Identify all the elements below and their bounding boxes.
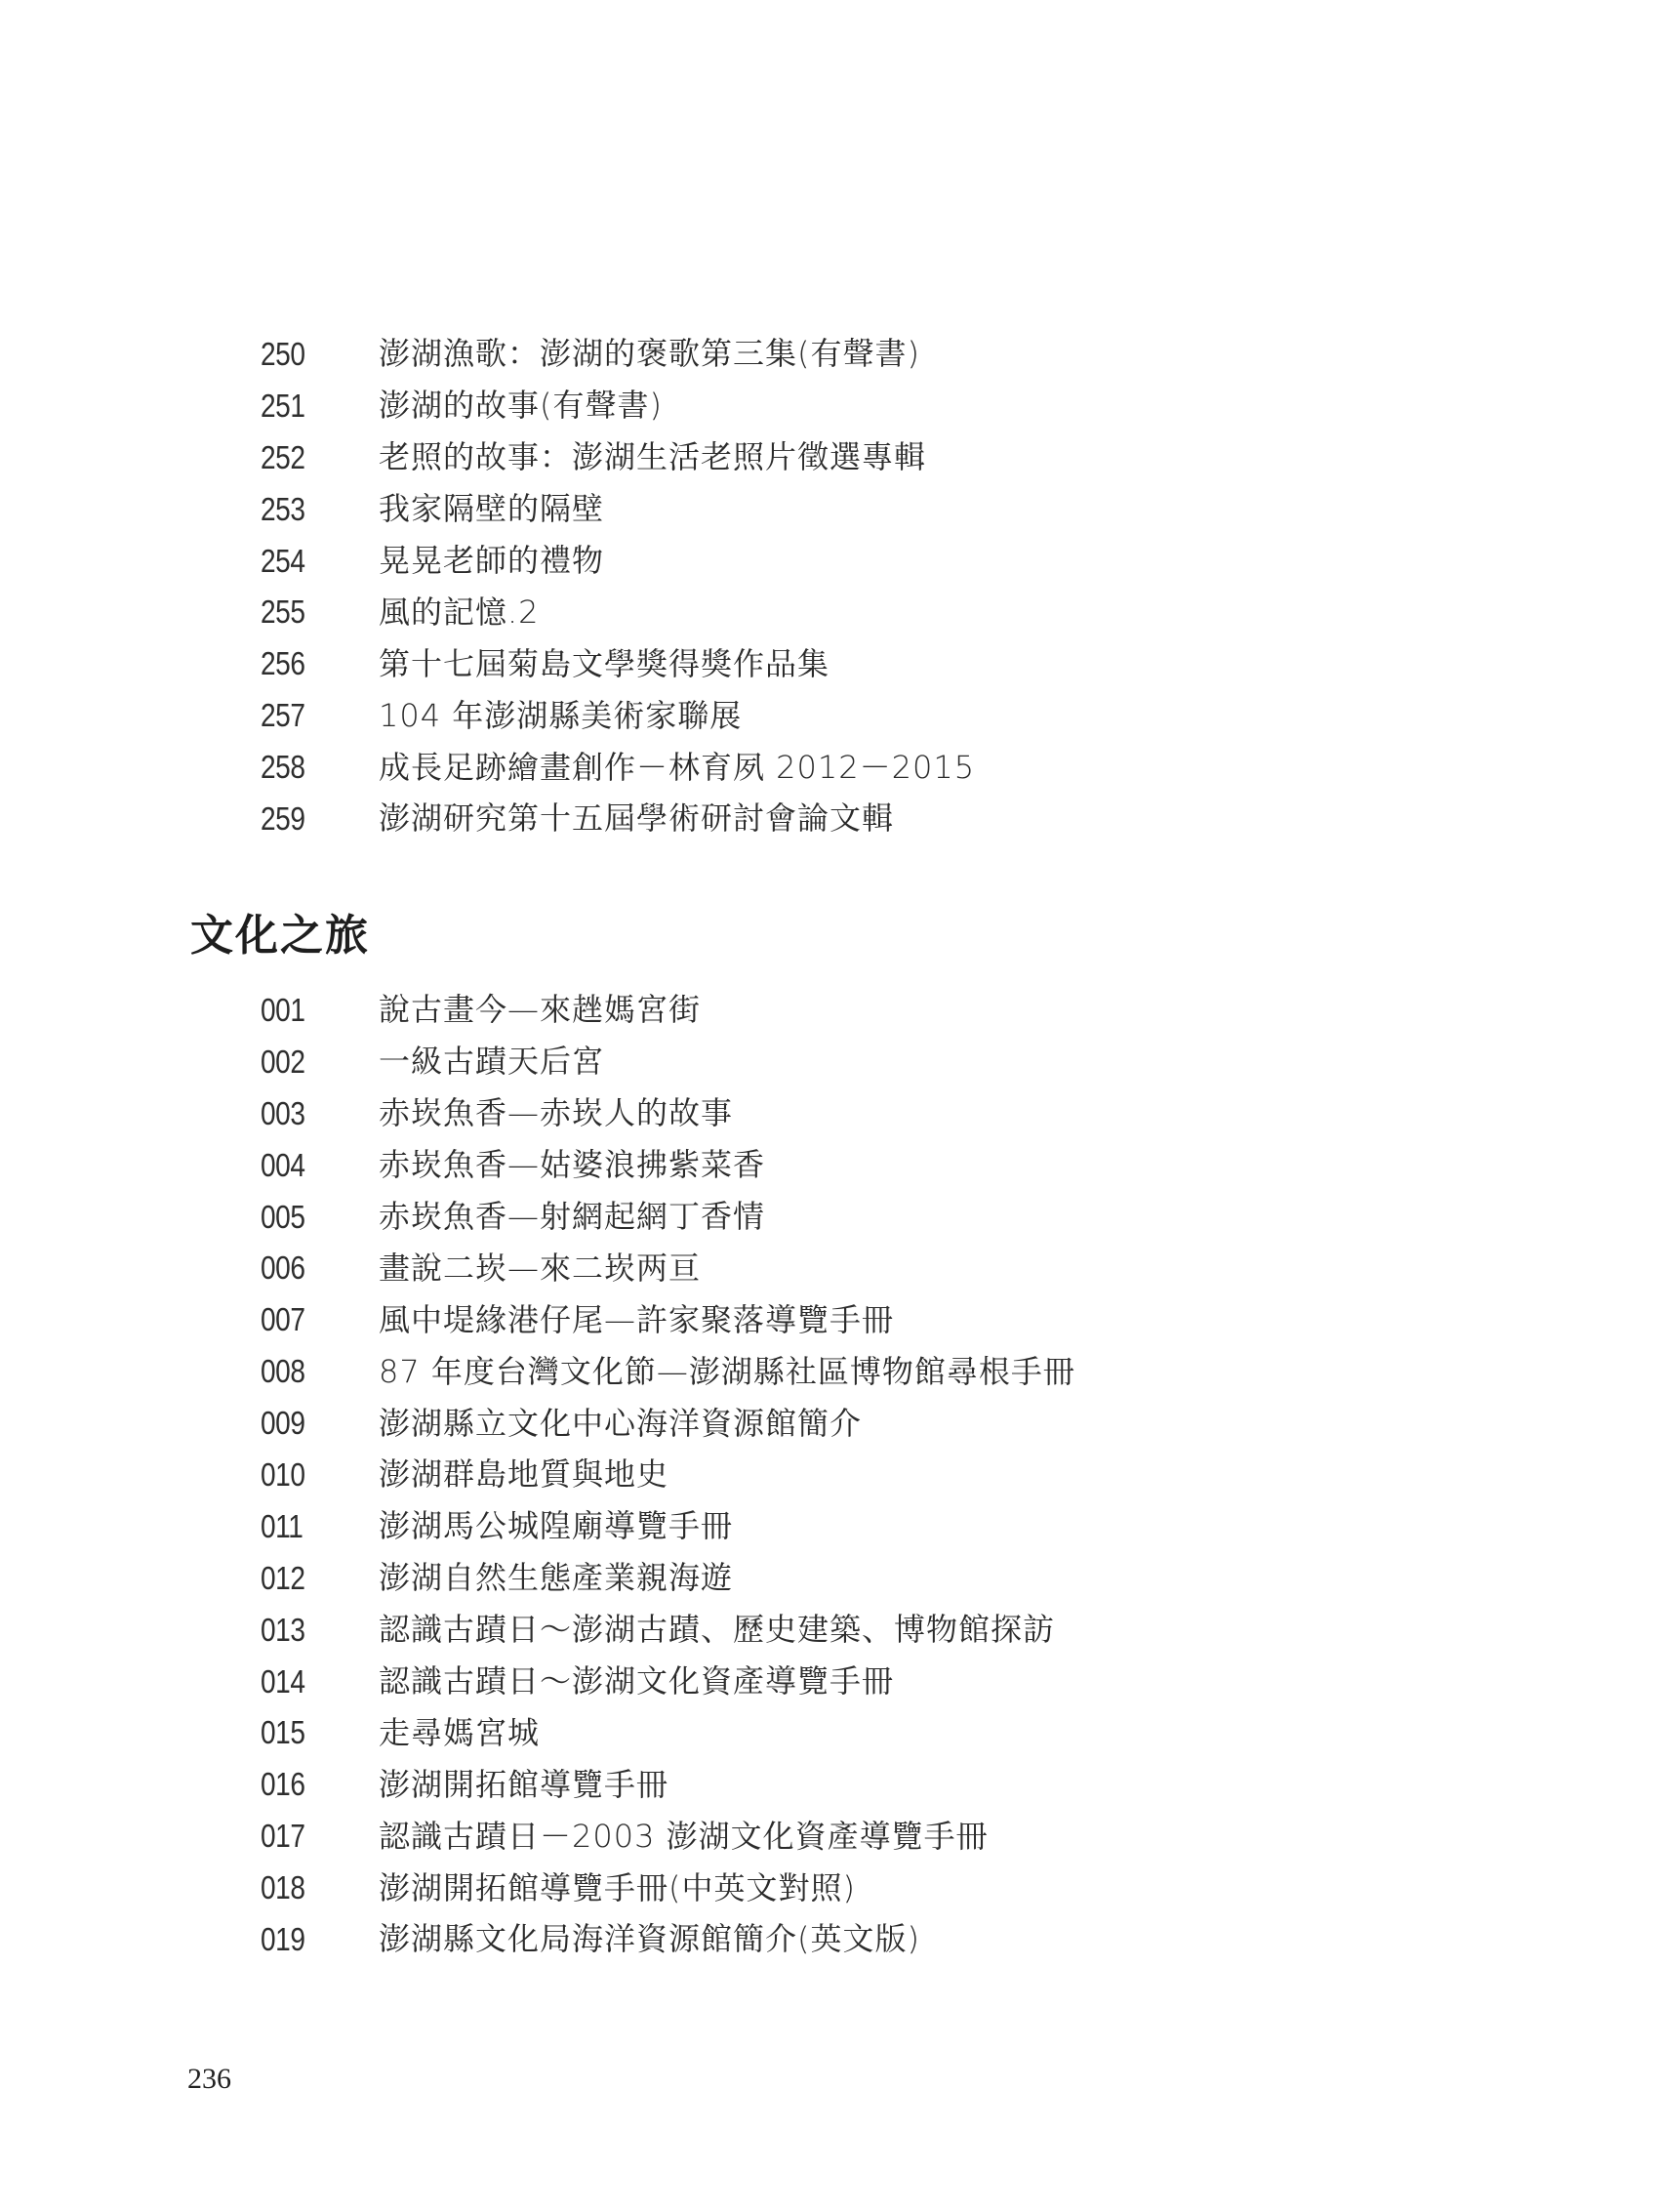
- list-item: 013認識古蹟日～澎湖古蹟、歷史建築、博物館探訪: [261, 1604, 1075, 1656]
- item-title: 赤崁魚香—赤崁人的故事: [379, 1097, 733, 1128]
- item-title: 一級古蹟天后宮: [379, 1045, 604, 1077]
- item-number: 007: [261, 1303, 361, 1335]
- item-title: 風的記憶.2: [379, 596, 540, 628]
- list-item: 014認識古蹟日～澎湖文化資產導覽手冊: [261, 1656, 1075, 1707]
- item-title: 畫說二崁—來二崁两亘: [379, 1252, 701, 1284]
- list-item: 255風的記憶.2: [261, 586, 975, 637]
- list-item: 252老照的故事：澎湖生活老照片徵選專輯: [261, 431, 975, 483]
- item-number: 251: [261, 389, 361, 422]
- list-item: 002一級古蹟天后宮: [261, 1036, 1075, 1087]
- item-title: 晃晃老師的禮物: [379, 545, 604, 576]
- item-title: 我家隔壁的隔壁: [379, 493, 604, 524]
- item-number: 256: [261, 647, 361, 679]
- item-title: 認識古蹟日～澎湖文化資產導覽手冊: [379, 1665, 894, 1697]
- list-item: 003赤崁魚香—赤崁人的故事: [261, 1087, 1075, 1139]
- item-number: 013: [261, 1614, 361, 1646]
- list-item: 016澎湖開拓館導覽手冊: [261, 1758, 1075, 1810]
- item-title: 澎湖縣文化局海洋資源館簡介(英文版): [379, 1923, 920, 1954]
- item-number: 006: [261, 1251, 361, 1284]
- item-number: 255: [261, 595, 361, 628]
- item-number: 254: [261, 545, 361, 577]
- item-number: 016: [261, 1768, 361, 1800]
- item-number: 259: [261, 802, 361, 835]
- list-item: 010澎湖群島地質與地史: [261, 1449, 1075, 1500]
- item-title: 走尋媽宮城: [379, 1717, 540, 1748]
- item-title: 老照的故事：澎湖生活老照片徵選專輯: [379, 441, 926, 472]
- item-number: 004: [261, 1149, 361, 1181]
- item-number: 005: [261, 1201, 361, 1233]
- item-number: 250: [261, 338, 361, 370]
- list-item: 00887 年度台灣文化節—澎湖縣社區博物館尋根手冊: [261, 1345, 1075, 1397]
- item-title: 第十七屆菊島文學獎得獎作品集: [379, 648, 829, 679]
- list-item: 258成長足跡繪畫創作－林育夙 2012－2015: [261, 741, 975, 793]
- item-title: 澎湖群島地質與地史: [379, 1458, 668, 1490]
- item-title: 澎湖漁歌：澎湖的褒歌第三集(有聲書): [379, 338, 920, 369]
- item-title: 澎湖開拓館導覽手冊: [379, 1769, 668, 1800]
- item-number: 015: [261, 1716, 361, 1748]
- item-number: 010: [261, 1458, 361, 1491]
- list-item: 250澎湖漁歌：澎湖的褒歌第三集(有聲書): [261, 328, 975, 380]
- list-item: 011澎湖馬公城隍廟導覽手冊: [261, 1500, 1075, 1552]
- list-item: 004赤崁魚香—姑婆浪拂紫菜香: [261, 1139, 1075, 1191]
- list-item: 019澎湖縣文化局海洋資源館簡介(英文版): [261, 1913, 1075, 1965]
- item-title: 澎湖的故事(有聲書): [379, 389, 663, 421]
- item-title: 赤崁魚香—姑婆浪拂紫菜香: [379, 1149, 765, 1180]
- list-item: 007風中堤緣港仔尾—許家聚落導覽手冊: [261, 1293, 1075, 1345]
- item-title: 說古畫今—來趖媽宮街: [379, 994, 701, 1025]
- item-title: 87 年度台灣文化節—澎湖縣社區博物館尋根手冊: [379, 1356, 1075, 1387]
- catalog-list-continued: 250澎湖漁歌：澎湖的褒歌第三集(有聲書) 251澎湖的故事(有聲書) 252老…: [261, 328, 975, 844]
- list-item: 254晃晃老師的禮物: [261, 535, 975, 587]
- item-title: 澎湖縣立文化中心海洋資源館簡介: [379, 1408, 862, 1439]
- item-title: 認識古蹟日－2003 澎湖文化資產導覽手冊: [379, 1821, 989, 1852]
- item-number: 011: [261, 1510, 361, 1542]
- item-number: 012: [261, 1562, 361, 1594]
- list-item: 012澎湖自然生態產業親海遊: [261, 1552, 1075, 1604]
- list-item: 006畫說二崁—來二崁两亘: [261, 1242, 1075, 1293]
- item-number: 001: [261, 994, 361, 1026]
- list-item: 257104 年澎湖縣美術家聯展: [261, 689, 975, 741]
- item-title: 成長足跡繪畫創作－林育夙 2012－2015: [379, 752, 975, 783]
- item-number: 257: [261, 699, 361, 731]
- list-item: 015走尋媽宮城: [261, 1706, 1075, 1758]
- item-title: 澎湖馬公城隍廟導覽手冊: [379, 1510, 733, 1541]
- item-title: 澎湖開拓館導覽手冊(中英文對照): [379, 1872, 856, 1904]
- item-title: 赤崁魚香—射網起網丁香情: [379, 1201, 765, 1232]
- item-title: 澎湖研究第十五屆學術研討會論文輯: [379, 802, 894, 834]
- list-item: 009澎湖縣立文化中心海洋資源館簡介: [261, 1397, 1075, 1449]
- item-number: 018: [261, 1871, 361, 1904]
- catalog-list-culture-tour: 001說古畫今—來趖媽宮街 002一級古蹟天后宮 003赤崁魚香—赤崁人的故事 …: [261, 984, 1075, 1965]
- list-item: 005赤崁魚香—射網起網丁香情: [261, 1191, 1075, 1243]
- item-title: 104 年澎湖縣美術家聯展: [379, 700, 742, 731]
- list-item: 001說古畫今—來趖媽宮街: [261, 984, 1075, 1036]
- list-item: 259澎湖研究第十五屆學術研討會論文輯: [261, 793, 975, 844]
- item-number: 014: [261, 1665, 361, 1698]
- list-item: 253我家隔壁的隔壁: [261, 483, 975, 535]
- item-title: 風中堤緣港仔尾—許家聚落導覽手冊: [379, 1304, 894, 1335]
- item-title: 澎湖自然生態產業親海遊: [379, 1562, 733, 1593]
- item-number: 003: [261, 1097, 361, 1129]
- item-number: 019: [261, 1923, 361, 1955]
- item-title: 認識古蹟日～澎湖古蹟、歷史建築、博物館探訪: [379, 1614, 1055, 1645]
- section-heading: 文化之旅: [190, 900, 370, 963]
- item-number: 253: [261, 493, 361, 525]
- page-number: 236: [187, 2063, 231, 2096]
- list-item: 017認識古蹟日－2003 澎湖文化資產導覽手冊: [261, 1810, 1075, 1862]
- item-number: 252: [261, 441, 361, 473]
- list-item: 256第十七屆菊島文學獎得獎作品集: [261, 637, 975, 689]
- item-number: 002: [261, 1045, 361, 1078]
- list-item: 018澎湖開拓館導覽手冊(中英文對照): [261, 1862, 1075, 1913]
- item-number: 008: [261, 1355, 361, 1387]
- item-number: 258: [261, 751, 361, 783]
- item-number: 009: [261, 1407, 361, 1439]
- list-item: 251澎湖的故事(有聲書): [261, 380, 975, 431]
- item-number: 017: [261, 1820, 361, 1852]
